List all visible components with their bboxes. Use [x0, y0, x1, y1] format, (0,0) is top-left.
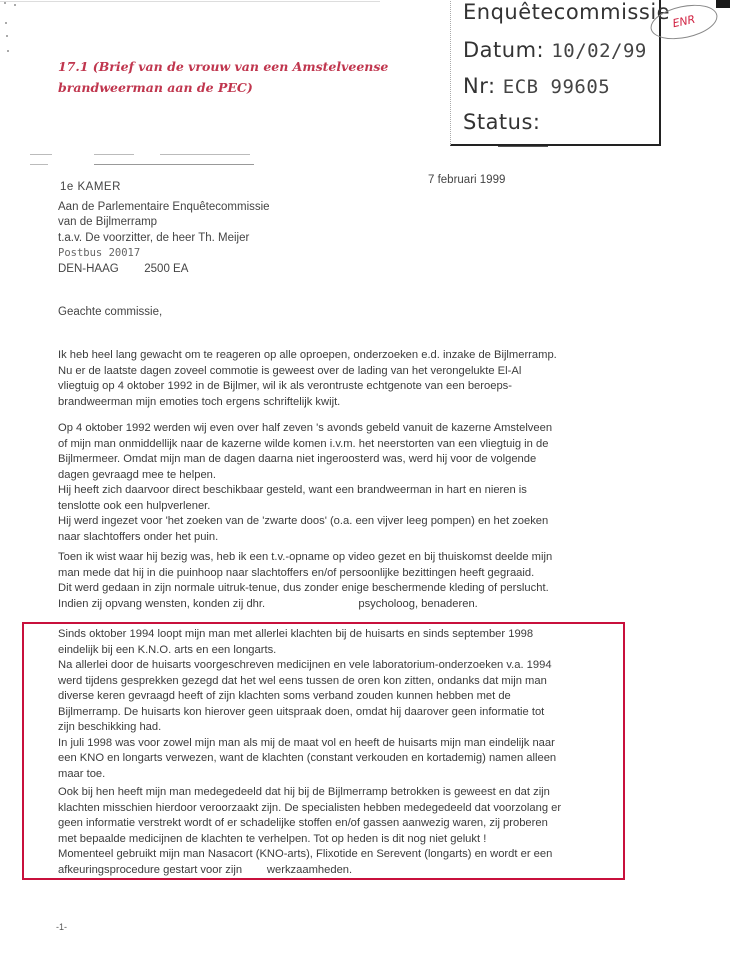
text-line: Ik heb heel lang gewacht om te reageren …	[58, 348, 628, 364]
receipt-stamp: Enquêtecommissie Datum: 10/02/99 Nr: ECB…	[450, 0, 661, 146]
address-line: Postbus 20017	[58, 246, 270, 262]
text-line: Na allerlei door de huisarts voorgeschre…	[58, 658, 628, 674]
scan-artifact	[14, 4, 16, 6]
scan-artifact	[7, 50, 9, 52]
text-line: Hij heeft zich daarvoor direct beschikba…	[58, 483, 628, 499]
letterhead-line	[30, 154, 52, 155]
stamp-title: Enquêtecommissie	[463, 0, 670, 24]
text-line: Op 4 oktober 1992 werden wij even over h…	[58, 421, 628, 437]
address-line: van de Bijlmerramp	[58, 215, 270, 231]
text-line: zijn beschikking had.	[58, 720, 628, 736]
text-line: diverse keren gevraagd heeft of zijn kla…	[58, 689, 628, 705]
body-paragraph: Op 4 oktober 1992 werden wij even over h…	[58, 421, 628, 545]
text-line: tenslotte ook een hulpverlener.	[58, 499, 628, 515]
scan-corner-mark	[716, 0, 730, 8]
letterhead-line	[94, 154, 134, 155]
scan-artifact	[4, 2, 6, 4]
text-line: Momenteel gebruikt mijn man Nasacort (KN…	[58, 847, 628, 863]
scan-artifact	[5, 22, 7, 24]
text-line: Dit werd gedaan in zijn normale uitruk-t…	[58, 581, 628, 597]
stamp-date-row: Datum: 10/02/99	[463, 38, 647, 62]
address-line: Aan de Parlementaire Enquêtecommissie	[58, 200, 270, 216]
letterhead-line	[94, 164, 254, 165]
text-line: Indien zij opvang wensten, konden zij dh…	[58, 597, 628, 613]
text-line: man mede dat hij in die puinhoop naar sl…	[58, 566, 628, 582]
letterhead-line	[498, 146, 548, 147]
letterhead-line	[160, 154, 250, 155]
stamp-status-label: Status:	[463, 110, 541, 134]
text-line: met bepaalde medicijnen de klachten te v…	[58, 832, 628, 848]
address-line: DEN-HAAG 2500 EA	[58, 262, 270, 278]
stamp-number-row: Nr: ECB 99605	[463, 74, 610, 98]
text-line: geen informatie verstrekt wordt of er sc…	[58, 816, 628, 832]
body-paragraph: Toen ik wist waar hij bezig was, heb ik …	[58, 550, 628, 612]
stamp-date-label: Datum:	[463, 38, 544, 62]
text-line: eindelijk bij een K.N.O. arts en een lon…	[58, 643, 628, 659]
letterhead-line	[30, 164, 48, 165]
text-line: vliegtuig op 4 oktober 1992 in de Bijlme…	[58, 379, 628, 395]
text-line: Toen ik wist waar hij bezig was, heb ik …	[58, 550, 628, 566]
text-line: Bijlmermeer. Omdat mijn man de dagen daa…	[58, 452, 628, 468]
body-paragraph: Ik heb heel lang gewacht om te reageren …	[58, 348, 628, 410]
stamp-number-value: ECB 99605	[503, 76, 610, 98]
highlighted-paragraph: Sinds oktober 1994 loopt mijn man met al…	[58, 627, 628, 782]
salutation: Geachte commissie,	[58, 306, 162, 318]
text-line: brandweerman mijn emoties toch ergens sc…	[58, 395, 628, 411]
recipient-department: 1e KAMER	[60, 180, 270, 196]
text-line: naar slachtoffers onder het puin.	[58, 530, 628, 546]
text-line: dagen gevraagd mee te helpen.	[58, 468, 628, 484]
text-line: Hij werd ingezet voor 'het zoeken van de…	[58, 514, 628, 530]
scan-artifact	[6, 35, 8, 37]
text-line: Nu er de laatste dagen zoveel commotie i…	[58, 364, 628, 380]
stamp-number-label: Nr:	[463, 74, 496, 98]
text-line: klachten misschien hierdoor veroorzaakt …	[58, 801, 628, 817]
scan-artifact-line	[0, 1, 380, 2]
text-line: Ook bij hen heeft mijn man medegedeeld d…	[58, 785, 628, 801]
highlighted-paragraph: Ook bij hen heeft mijn man medegedeeld d…	[58, 785, 628, 878]
address-line: t.a.v. De voorzitter, de heer Th. Meijer	[58, 231, 270, 247]
text-line: Sinds oktober 1994 loopt mijn man met al…	[58, 627, 628, 643]
letter-date: 7 februari 1999	[428, 174, 505, 186]
text-line: In juli 1998 was voor zowel mijn man als…	[58, 736, 628, 752]
page-number: -1-	[56, 922, 67, 932]
text-line: werd tijdens gesprekken gezegd dat het w…	[58, 674, 628, 690]
stamp-date-value: 10/02/99	[551, 40, 647, 62]
text-line: of mijn man onmiddellijk naar de kazerne…	[58, 437, 628, 453]
section-heading: 17.1 (Brief van de vrouw van een Amstelv…	[58, 56, 418, 98]
text-line: Bijlmerramp. De huisarts kon hierover ge…	[58, 705, 628, 721]
text-line: maar toe.	[58, 767, 628, 783]
text-line: afkeuringsprocedure gestart voor zijn we…	[58, 863, 628, 879]
recipient-address: 1e KAMER Aan de Parlementaire Enquêtecom…	[58, 180, 270, 277]
text-line: een KNO en longarts verwezen, want de kl…	[58, 751, 628, 767]
